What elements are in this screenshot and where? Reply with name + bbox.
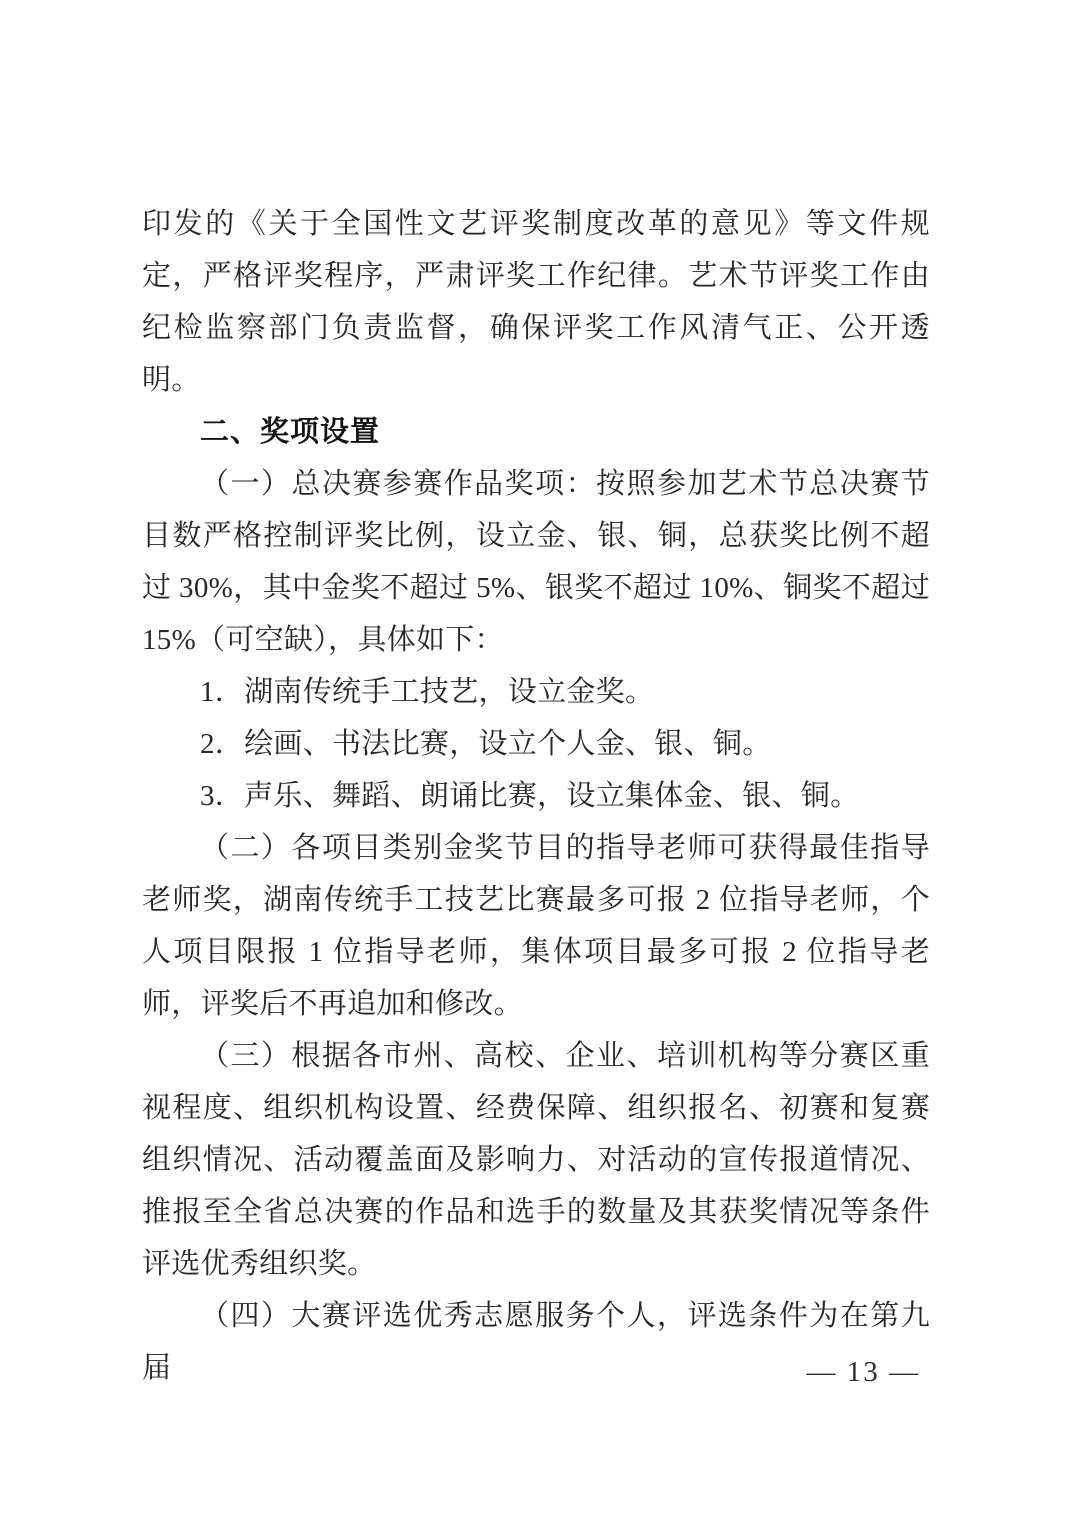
document-page: 印发的《关于全国性文艺评奖制度改革的意见》等文件规定，严格评奖程序，严肃评奖工作…: [0, 0, 1080, 1527]
paragraph-item-3: （三）根据各市州、高校、企业、培训机构等分赛区重视程度、组织机构设置、经费保障、…: [142, 1030, 930, 1290]
list-item-1: 1．湖南传统手工技艺，设立金奖。: [142, 666, 930, 718]
paragraph-item-1: （一）总决赛参赛作品奖项：按照参加艺术节总决赛节目数严格控制评奖比例，设立金、银…: [142, 458, 930, 666]
list-item-2: 2．绘画、书法比赛，设立个人金、银、铜。: [142, 718, 930, 770]
paragraph-item-2: （二）各项目类别金奖节目的指导老师可获得最佳指导老师奖，湖南传统手工技艺比赛最多…: [142, 822, 930, 1030]
list-item-3: 3．声乐、舞蹈、朗诵比赛，设立集体金、银、铜。: [142, 770, 930, 822]
section-heading: 二、奖项设置: [142, 406, 930, 458]
page-number: — 13 —: [807, 1350, 921, 1394]
document-body: 印发的《关于全国性文艺评奖制度改革的意见》等文件规定，严格评奖程序，严肃评奖工作…: [142, 198, 930, 1394]
paragraph-continuation: 印发的《关于全国性文艺评奖制度改革的意见》等文件规定，严格评奖程序，严肃评奖工作…: [142, 198, 930, 406]
